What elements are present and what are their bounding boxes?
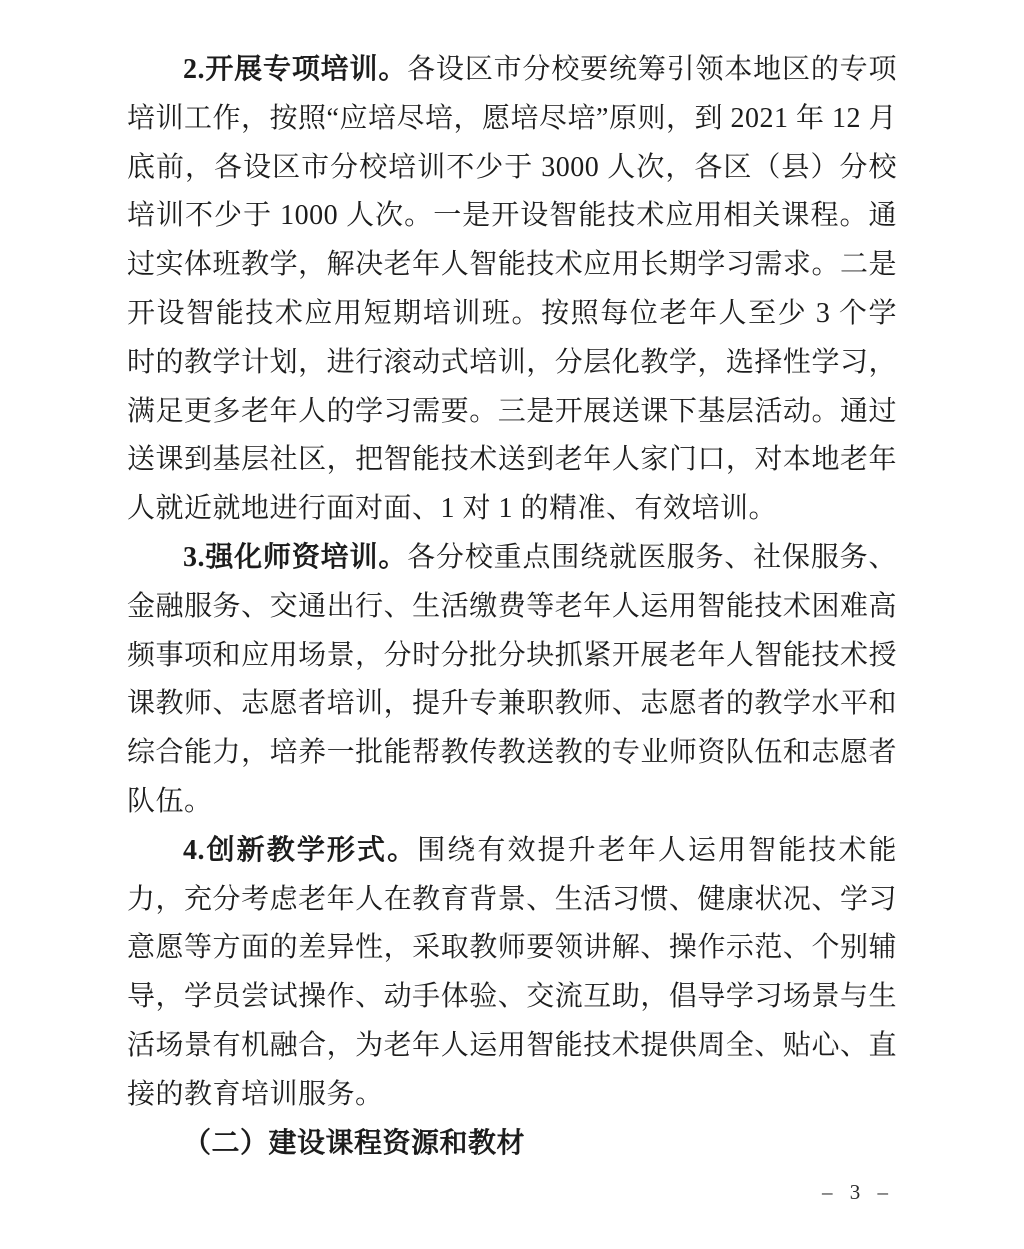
paragraph-special-training-text: 各设区市分校要统筹引领本地区的专项培训工作，按照“应培尽培，愿培尽培”原则，到 … <box>127 54 897 524</box>
paragraph-special-training: 2.开展专项培训。各设区市分校要统筹引领本地区的专项培训工作，按照“应培尽培，愿… <box>127 46 897 534</box>
page-number: – 3 – <box>822 1180 894 1205</box>
document-page: 2.开展专项培训。各设区市分校要统筹引领本地区的专项培训工作，按照“应培尽培，愿… <box>0 0 1024 1249</box>
paragraph-teaching-innovation-text: 围绕有效提升老年人运用智能技术能力，充分考虑老年人在教育背景、生活习惯、健康状况… <box>127 835 897 1110</box>
paragraph-teacher-training: 3.强化师资培训。各分校重点围绕就医服务、社保服务、金融服务、交通出行、生活缴费… <box>127 534 897 827</box>
section-heading: （二）建设课程资源和教材 <box>127 1120 897 1169</box>
paragraph-special-training-lead: 2.开展专项培训。 <box>183 54 407 85</box>
paragraph-teacher-training-text: 各分校重点围绕就医服务、社保服务、金融服务、交通出行、生活缴费等老年人运用智能技… <box>127 542 897 817</box>
paragraph-teacher-training-lead: 3.强化师资培训。 <box>183 542 407 573</box>
paragraph-teaching-innovation-lead: 4.创新教学形式。 <box>183 835 417 866</box>
paragraph-teaching-innovation: 4.创新教学形式。围绕有效提升老年人运用智能技术能力，充分考虑老年人在教育背景、… <box>127 827 897 1120</box>
document-body: 2.开展专项培训。各设区市分校要统筹引领本地区的专项培训工作，按照“应培尽培，愿… <box>127 46 897 1168</box>
